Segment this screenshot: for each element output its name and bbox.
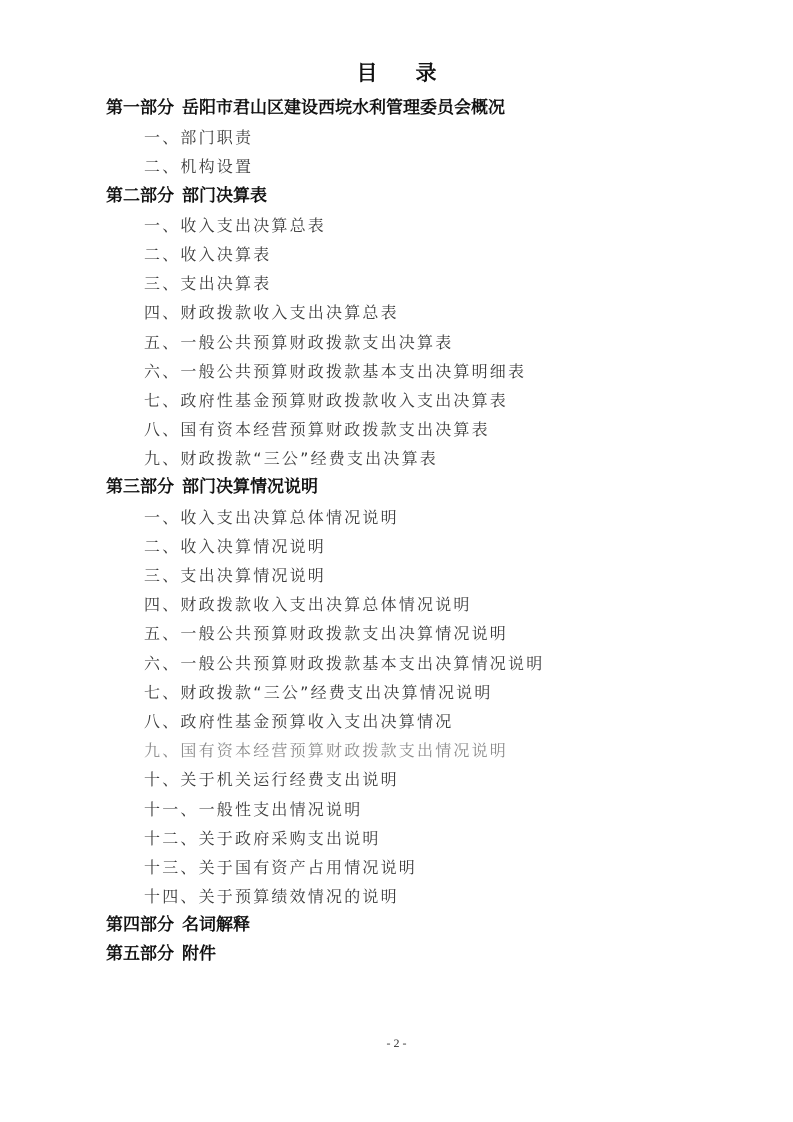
toc-item[interactable]: 二、机构设置 [106,152,726,181]
part-title: 岳阳市君山区建设西垸水利管理委员会概况 [182,98,505,118]
toc-item[interactable]: 十一、一般性支出情况说明 [106,795,726,824]
toc-item[interactable]: 六、一般公共预算财政拨款基本支出决算情况说明 [106,649,726,678]
toc-item[interactable]: 五、一般公共预算财政拨款支出决算表 [106,328,726,357]
toc-item[interactable]: 十三、关于国有资产占用情况说明 [106,853,726,882]
toc-title: 目录 [0,57,793,87]
part-title: 附件 [182,944,216,964]
toc-item[interactable]: 一、收入支出决算总表 [106,211,726,240]
toc-part-4[interactable]: 第四部分名词解释 [106,911,726,940]
toc-item[interactable]: 十四、关于预算绩效情况的说明 [106,882,726,911]
toc-title-right: 录 [416,61,437,85]
table-of-contents: 第一部分岳阳市君山区建设西垸水利管理委员会概况 一、部门职责 二、机构设置 第二… [106,94,726,970]
toc-item[interactable]: 八、政府性基金预算收入支出决算情况 [106,707,726,736]
toc-item[interactable]: 四、财政拨款收入支出决算总体情况说明 [106,590,726,619]
toc-item[interactable]: 三、支出决算情况说明 [106,561,726,590]
part-number: 第三部分 [106,473,174,502]
toc-item[interactable]: 九、国有资本经营预算财政拨款支出情况说明 [106,736,726,765]
page-number: - 2 - [0,1036,793,1051]
toc-item[interactable]: 三、支出决算表 [106,269,726,298]
part-number: 第四部分 [106,911,174,940]
toc-item[interactable]: 十、关于机关运行经费支出说明 [106,765,726,794]
toc-item[interactable]: 五、一般公共预算财政拨款支出决算情况说明 [106,619,726,648]
toc-part-1[interactable]: 第一部分岳阳市君山区建设西垸水利管理委员会概况 [106,94,726,123]
part-number: 第五部分 [106,940,174,969]
toc-item[interactable]: 十二、关于政府采购支出说明 [106,824,726,853]
toc-item[interactable]: 二、收入决算情况说明 [106,532,726,561]
toc-item[interactable]: 七、政府性基金预算财政拨款收入支出决算表 [106,386,726,415]
toc-item[interactable]: 七、财政拨款“三公”经费支出决算情况说明 [106,678,726,707]
part-number: 第二部分 [106,182,174,211]
toc-item[interactable]: 二、收入决算表 [106,240,726,269]
toc-part-2[interactable]: 第二部分部门决算表 [106,182,726,211]
toc-part-3[interactable]: 第三部分部门决算情况说明 [106,473,726,502]
toc-title-left: 目 [357,61,378,85]
toc-item[interactable]: 九、财政拨款“三公”经费支出决算表 [106,444,726,473]
toc-item[interactable]: 八、国有资本经营预算财政拨款支出决算表 [106,415,726,444]
toc-item[interactable]: 六、一般公共预算财政拨款基本支出决算明细表 [106,357,726,386]
toc-part-5[interactable]: 第五部分附件 [106,940,726,969]
toc-item[interactable]: 四、财政拨款收入支出决算总表 [106,298,726,327]
document-page: 目录 第一部分岳阳市君山区建设西垸水利管理委员会概况 一、部门职责 二、机构设置… [0,0,793,1122]
toc-item[interactable]: 一、部门职责 [106,123,726,152]
part-title: 部门决算表 [182,186,267,206]
part-number: 第一部分 [106,94,174,123]
part-title: 部门决算情况说明 [182,477,318,497]
part-title: 名词解释 [182,915,250,935]
toc-item[interactable]: 一、收入支出决算总体情况说明 [106,503,726,532]
